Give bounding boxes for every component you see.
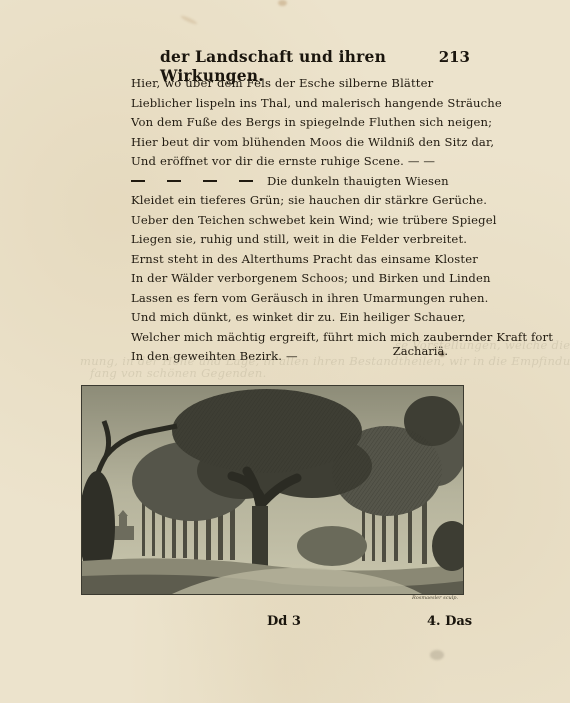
poem-line-dashes: Die dunkeln thauigten Wiesen bbox=[131, 172, 481, 192]
poem-author: Zachariä. bbox=[393, 344, 448, 358]
catchword: 4. Das bbox=[427, 614, 472, 629]
book-page: se Vorstellungen, welche die Landschaft,… bbox=[0, 0, 570, 703]
running-header: der Landschaft und ihren Wirkungen. 213 bbox=[160, 47, 470, 69]
poem-line: Lassen es fern vom Geräusch in ihren Uma… bbox=[131, 289, 481, 309]
poem-line: Und eröffnet vor dir die ernste ruhige S… bbox=[131, 152, 481, 172]
dash-ornament bbox=[131, 180, 253, 182]
bleedthrough-text: fang von schönen Gegenden. bbox=[90, 366, 570, 380]
foxing-spot bbox=[180, 14, 198, 25]
poem-line: Hier, wo über dem Fels der Esche silbern… bbox=[131, 74, 481, 94]
poem-line: Und mich dünkt, es winket dir zu. Ein he… bbox=[131, 308, 481, 328]
foxing-spot bbox=[278, 0, 287, 6]
dash-glyph bbox=[167, 180, 181, 182]
poem-line: Die dunkeln thauigten Wiesen bbox=[267, 172, 449, 192]
dash-glyph bbox=[131, 180, 145, 182]
poem-line: Von dem Fuße des Bergs in spiegelnde Flu… bbox=[131, 113, 481, 133]
engraver-credit: Rosmaesler sculp. bbox=[412, 595, 458, 601]
landscape-engraving bbox=[81, 385, 464, 595]
dash-glyph bbox=[239, 180, 253, 182]
poem-line: Ernst steht in des Alterthums Pracht das… bbox=[131, 250, 481, 270]
poem-line: In der Wälder verborgenem Schoos; und Bi… bbox=[131, 269, 481, 289]
poem-line: Hier beut dir vom blühenden Moos die Wil… bbox=[131, 133, 481, 153]
poem-line: Lieblicher lispeln ins Thal, und maleris… bbox=[131, 94, 481, 114]
engraving-artwork bbox=[82, 386, 463, 594]
page-number: 213 bbox=[439, 48, 470, 66]
dash-glyph bbox=[203, 180, 217, 182]
poem-block: Hier, wo über dem Fels der Esche silbern… bbox=[131, 74, 481, 367]
poem-line: Ueber den Teichen schwebet kein Wind; wi… bbox=[131, 211, 481, 231]
signature-mark: Dd 3 bbox=[267, 614, 301, 629]
poem-line: Liegen sie, ruhig und still, weit in die… bbox=[131, 230, 481, 250]
foxing-spot bbox=[430, 650, 444, 660]
poem-line: Kleidet ein tieferes Grün; sie hauchen d… bbox=[131, 191, 481, 211]
